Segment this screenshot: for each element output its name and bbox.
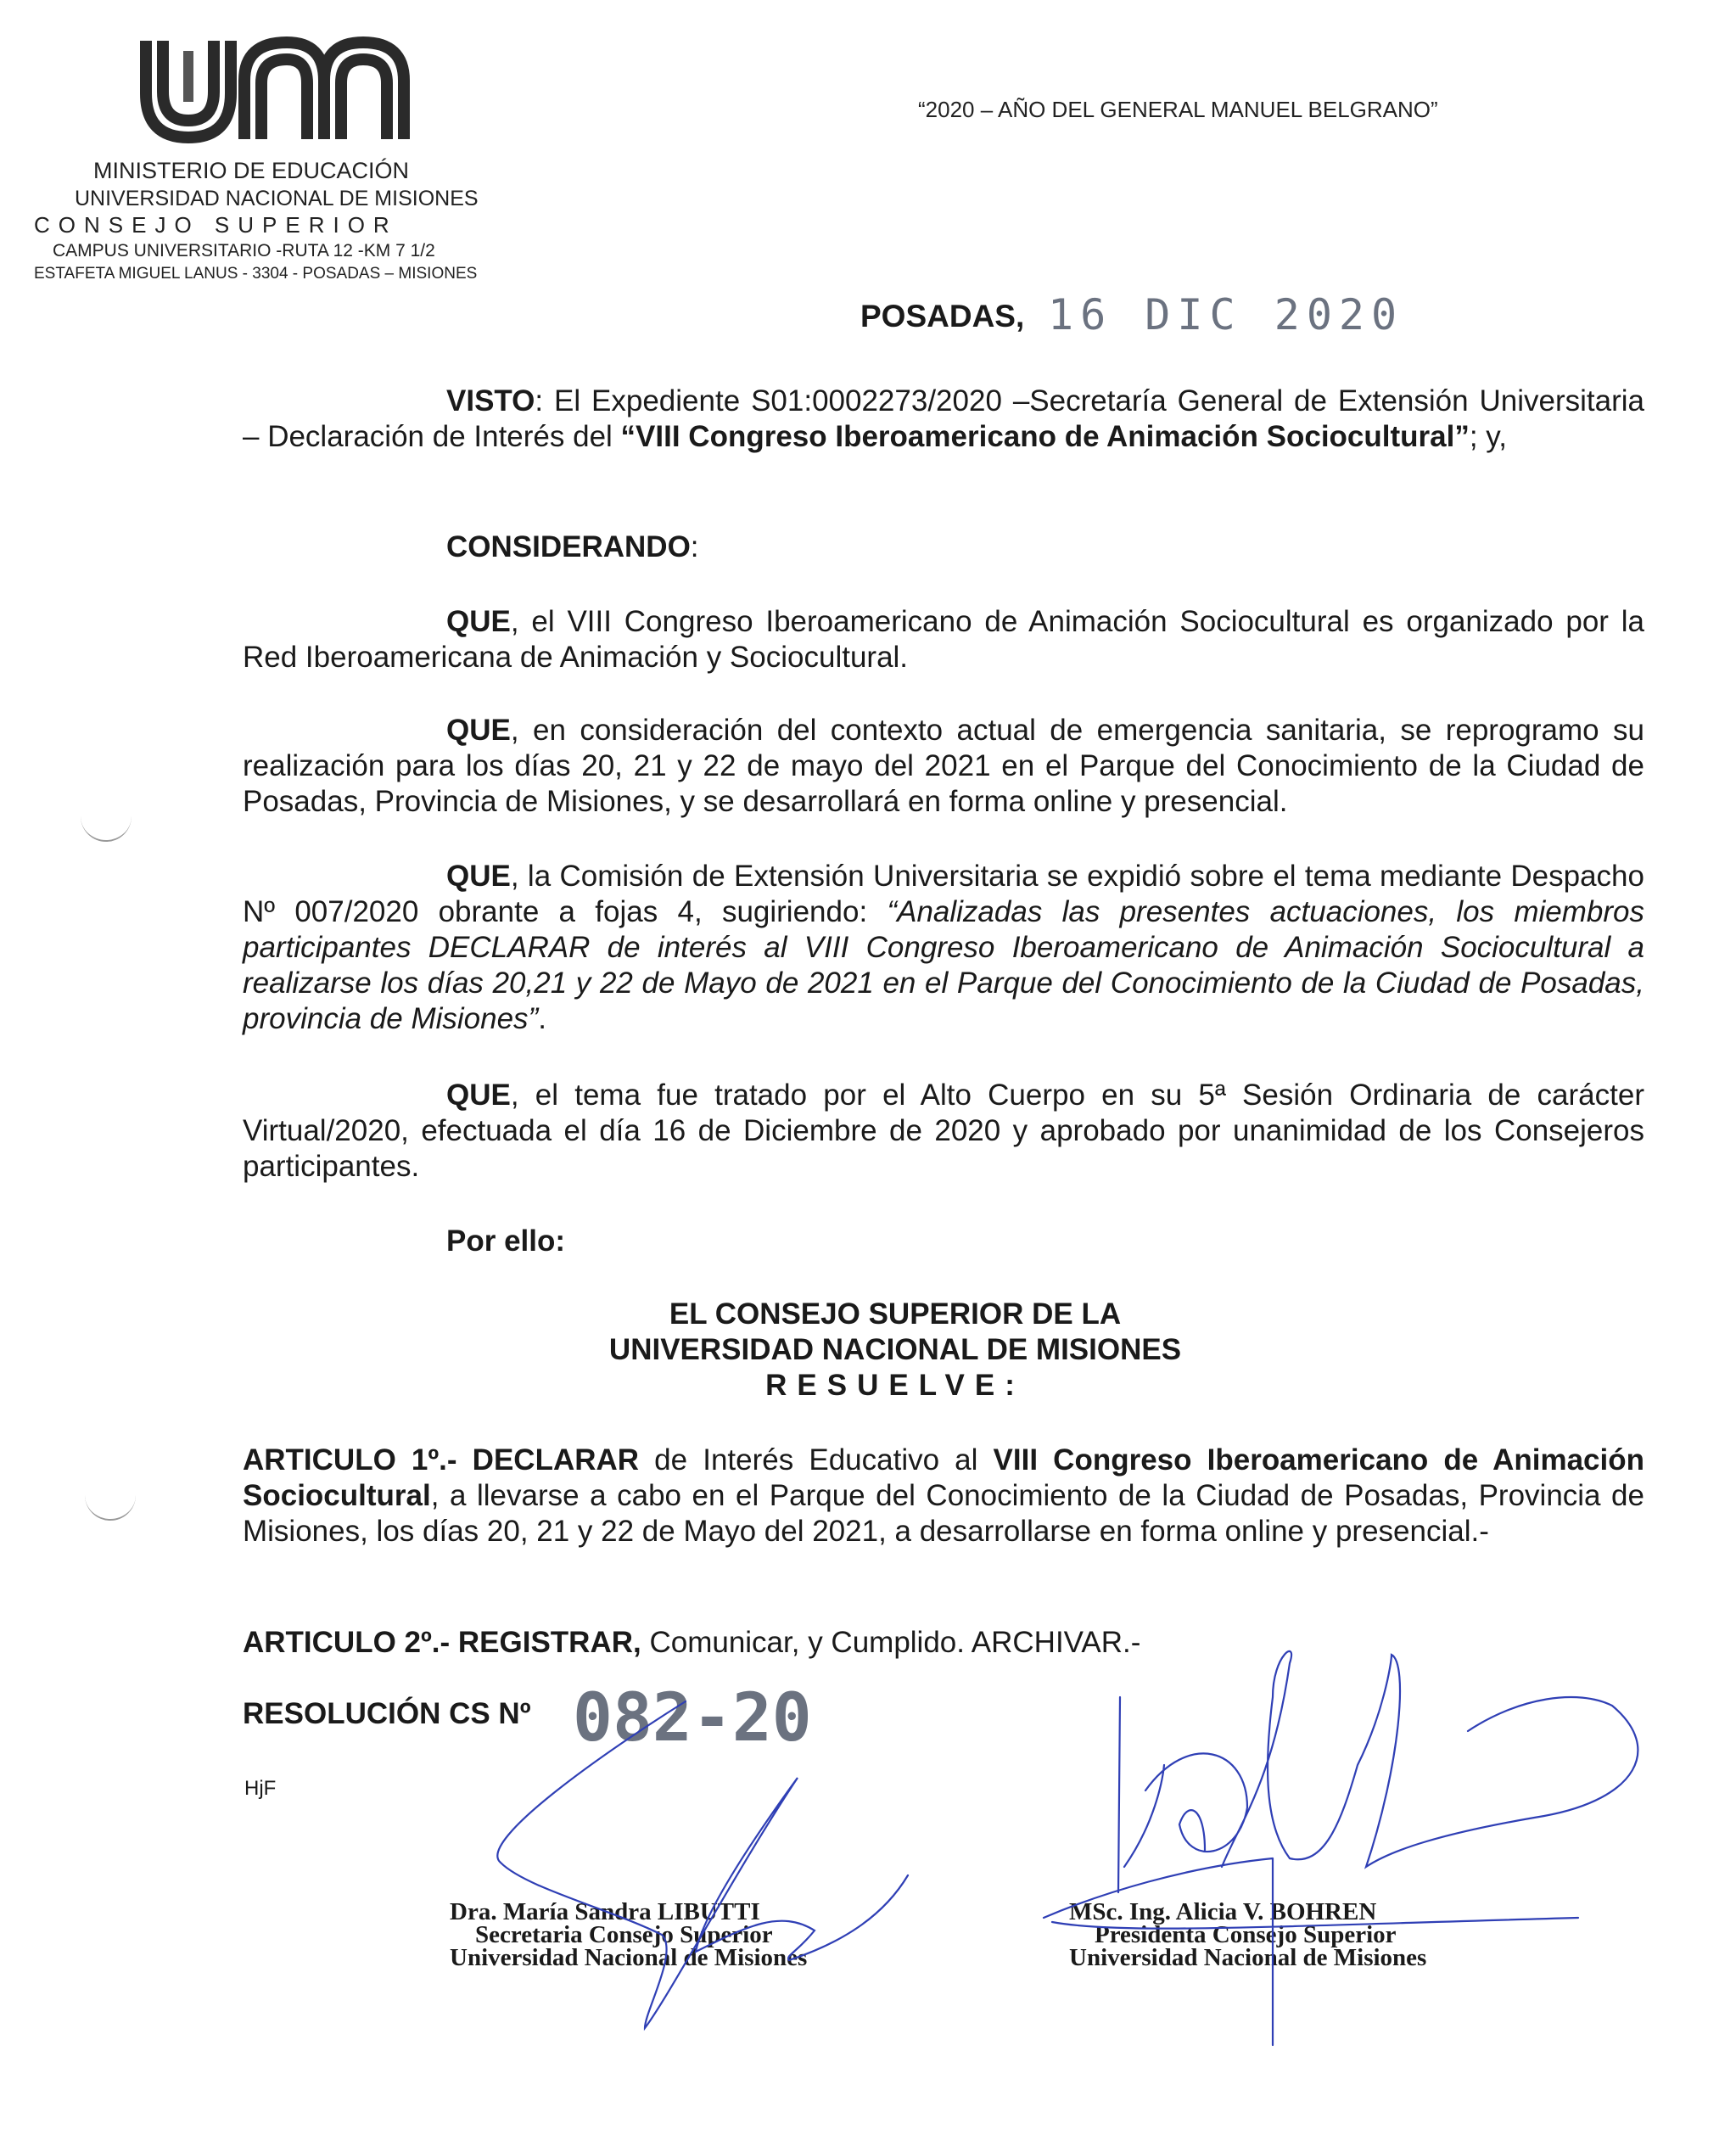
signatory-name: MSc. Ing. Alicia V. BOHREN: [1069, 1901, 1426, 1924]
signatory-secretaria: Dra. María Sandra LIBUTTI Secretaria Con…: [450, 1901, 807, 1970]
visto-paragraph: VISTO: El Expediente S01:0002273/2020 –S…: [243, 384, 1644, 455]
resolves-header: EL CONSEJO SUPERIOR DE LA UNIVERSIDAD NA…: [424, 1297, 1366, 1404]
campus-address: CAMPUS UNIVERSITARIO -RUTA 12 -KM 7 1/2: [53, 241, 435, 261]
signatory-role: Presidenta Consejo Superior: [1069, 1924, 1426, 1947]
article-2: ARTICULO 2º.- REGISTRAR, Comunicar, y Cu…: [243, 1625, 1644, 1661]
por-ello: Por ello:: [243, 1224, 1644, 1259]
que-paragraph-2: QUE, en consideración del contexto actua…: [243, 713, 1644, 820]
typist-initials: HjF: [244, 1777, 276, 1801]
resolution-label: RESOLUCIÓN CS Nº: [243, 1697, 530, 1731]
que-paragraph-3: QUE, la Comisión de Extensión Universita…: [243, 859, 1644, 1037]
resolution-number-stamp: 082-20: [573, 1680, 812, 1757]
signatory-institution: Universidad Nacional de Misiones: [450, 1947, 807, 1970]
article-1: ARTICULO 1º.- DECLARAR de Interés Educat…: [243, 1443, 1644, 1549]
hole-punch-mark: [81, 815, 132, 842]
signatory-name: Dra. María Sandra LIBUTTI: [450, 1901, 807, 1924]
hole-punch-mark: [85, 1493, 136, 1521]
congress-title: “VIII Congreso Iberoamericano de Animaci…: [621, 420, 1470, 453]
postal-address: ESTAFETA MIGUEL LANUS - 3304 - POSADAS –…: [34, 265, 477, 283]
que-paragraph-4: QUE, el tema fue tratado por el Alto Cue…: [243, 1078, 1644, 1185]
visto-label: VISTO: [446, 384, 535, 417]
signatory-role: Secretaria Consejo Superior: [450, 1924, 807, 1947]
que-paragraph-1: QUE, el VIII Congreso Iberoamericano de …: [243, 604, 1644, 675]
university-name: UNIVERSIDAD NACIONAL DE MISIONES: [75, 187, 479, 211]
signatory-presidenta: MSc. Ing. Alicia V. BOHREN Presidenta Co…: [1069, 1901, 1426, 1970]
date-stamp: 16 DIC 2020: [1048, 290, 1403, 339]
signatory-institution: Universidad Nacional de Misiones: [1069, 1947, 1426, 1970]
signature-bohren: [1044, 1651, 1638, 2045]
university-logo: [136, 34, 416, 144]
considerando-heading: CONSIDERANDO:: [243, 530, 1644, 565]
ministry-name: MINISTERIO DE EDUCACIÓN: [93, 158, 409, 184]
year-motto: “2020 – AÑO DEL GENERAL MANUEL BELGRANO”: [918, 97, 1438, 123]
date-place: POSADAS,: [860, 299, 1024, 334]
council-name: CONSEJO SUPERIOR: [34, 212, 398, 238]
